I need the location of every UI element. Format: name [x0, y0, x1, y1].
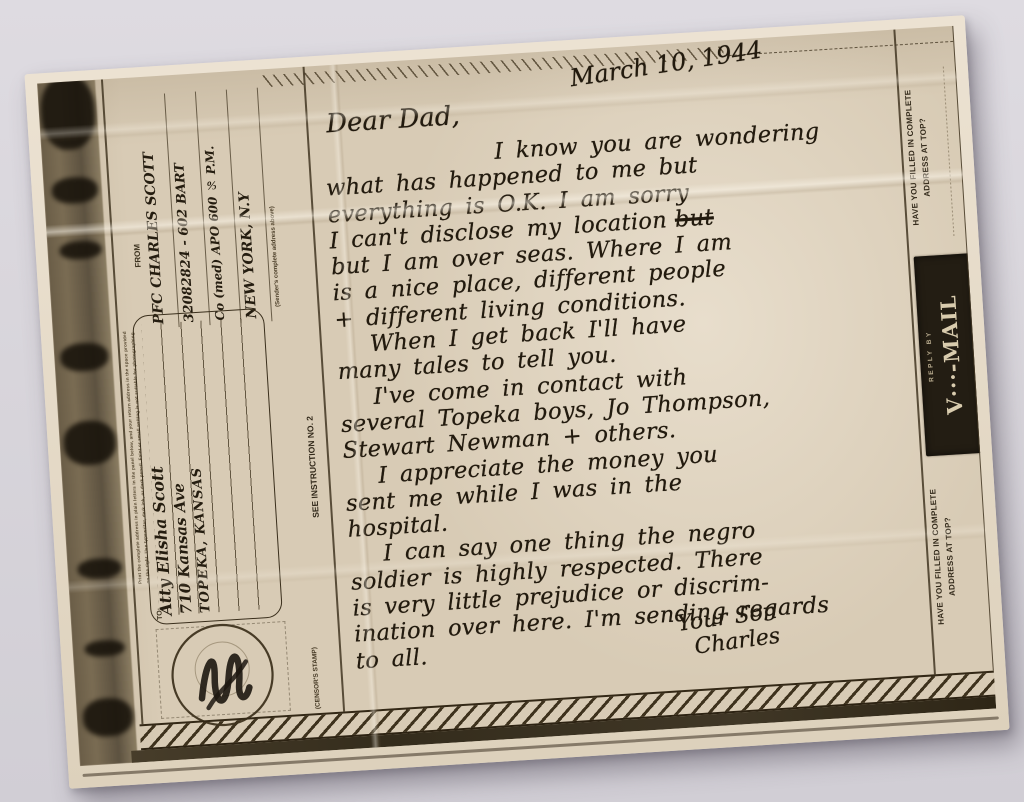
film-edge-mark [59, 342, 109, 373]
film-edge-mark [39, 74, 98, 151]
photo-background: Print the complete address in plain lett… [0, 0, 1024, 802]
vmail-logo-box: REPLY BY V···-MAIL [914, 253, 982, 456]
letter-text: I know you are wondering what has happen… [324, 114, 930, 675]
film-edge-mark [82, 697, 134, 738]
photostat-form-area: Print the complete address in plain lett… [37, 26, 996, 766]
film-edge-mark [51, 176, 99, 205]
film-edge-mark [59, 240, 102, 261]
see-instruction-print: SEE INSTRUCTION NO. 2 [299, 322, 321, 518]
film-edge-mark [84, 639, 125, 657]
letter-body: March 10, 1944 Dear Dad, I know you are … [313, 30, 934, 711]
letter-salutation: Dear Dad, [325, 101, 460, 139]
censor-stamp-label: (CENSOR'S STAMP) [308, 597, 322, 709]
from-label: FROM [132, 241, 143, 268]
struck-word: but [674, 204, 714, 232]
vmail-letter-sheet: Print the complete address in plain lett… [24, 15, 1009, 789]
from-address-block: PFC CHARLES SCOTT 32082824 - 602 BART Co… [134, 88, 272, 329]
from-name: PFC CHARLES SCOTT [136, 84, 167, 325]
film-edge-mark [77, 557, 122, 580]
letter-date: March 10, 1944 [568, 36, 764, 93]
film-edge-mark [62, 419, 117, 466]
to-address-box: TO: Atty Elisha Scott 710 Kansas Ave TOP… [132, 308, 283, 626]
